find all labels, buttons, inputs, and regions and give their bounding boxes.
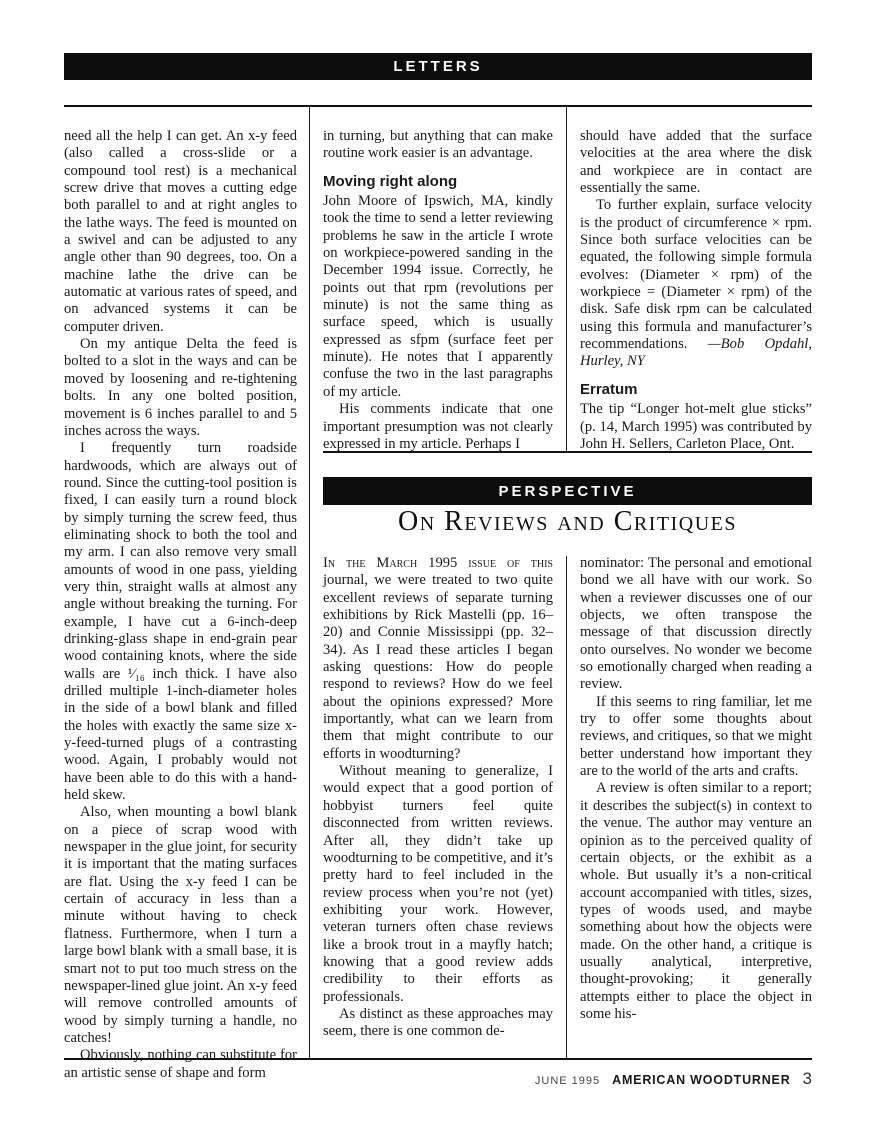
paragraph: Without meaning to generalize, I would e…	[323, 763, 553, 1006]
magazine-page: LETTERS need all the help I can get. An …	[0, 0, 876, 1133]
letters-section-bar: LETTERS	[64, 53, 812, 80]
letters-section-title: LETTERS	[393, 58, 482, 75]
article-title: On Reviews and Critiques	[323, 506, 812, 538]
perspective-column-2: nominator: The personal and emotional bo…	[580, 555, 812, 1023]
top-rule	[64, 105, 812, 107]
paragraph-text: To further explain, surface velocity is …	[580, 197, 812, 352]
column-divider-right-upper	[566, 107, 567, 451]
paragraph: should have added that the surface veloc…	[580, 128, 812, 197]
paragraph: need all the help I can get. An x-y feed…	[64, 128, 297, 336]
paragraph: On my antique Delta the feed is bolted t…	[64, 336, 297, 440]
paragraph: The tip “Longer hot-melt glue sticks” (p…	[580, 401, 812, 453]
perspective-section-title: PERSPECTIVE	[498, 483, 636, 500]
paragraph: To further explain, surface velocity is …	[580, 197, 812, 370]
footer-page-number: 3	[803, 1069, 812, 1089]
paragraph: I frequently turn roadside hardwoods, wh…	[64, 440, 297, 804]
footer-issue-date: JUNE 1995	[535, 1075, 600, 1087]
paragraph: As distinct as these approaches may seem…	[323, 1006, 553, 1041]
erratum-heading: Erratum	[580, 381, 812, 398]
paragraph: Also, when mounting a bowl blank on a pi…	[64, 804, 297, 1047]
letters-column-3: should have added that the surface veloc…	[580, 128, 812, 453]
paragraph: John Moore of Ipswich, MA, kindly took t…	[323, 193, 553, 401]
letters-column-2: in turning, but anything that can make r…	[323, 128, 553, 453]
paragraph: His comments indicate that one important…	[323, 401, 553, 453]
paragraph: in turning, but anything that can make r…	[323, 128, 553, 163]
perspective-top-rule	[323, 451, 812, 453]
footer-magazine-name: AMERICAN WOODTURNER	[612, 1073, 790, 1087]
paragraph: If this seems to ring familiar, let me t…	[580, 694, 812, 781]
paragraph: Obviously, nothing can substitute for an…	[64, 1047, 297, 1082]
letters-column-1: need all the help I can get. An x-y feed…	[64, 128, 297, 1082]
paragraph: A review is often similar to a report; i…	[580, 780, 812, 1023]
column-divider-right-lower	[566, 556, 567, 1058]
letter-heading-moving-right-along: Moving right along	[323, 173, 553, 190]
paragraph: nominator: The personal and emotional bo…	[580, 555, 812, 694]
lead-in-small-caps: In the March 1995 issue of this	[323, 555, 553, 571]
column-divider-left	[309, 107, 310, 1058]
footer-rule	[64, 1058, 812, 1060]
paragraph: In the March 1995 issue of this journal,…	[323, 555, 553, 763]
perspective-section-bar: PERSPECTIVE	[323, 477, 812, 505]
page-footer: JUNE 1995 AMERICAN WOODTURNER 3	[535, 1069, 812, 1089]
perspective-column-1: In the March 1995 issue of this journal,…	[323, 555, 553, 1041]
paragraph-text: journal, we were treated to two quite ex…	[323, 572, 553, 761]
